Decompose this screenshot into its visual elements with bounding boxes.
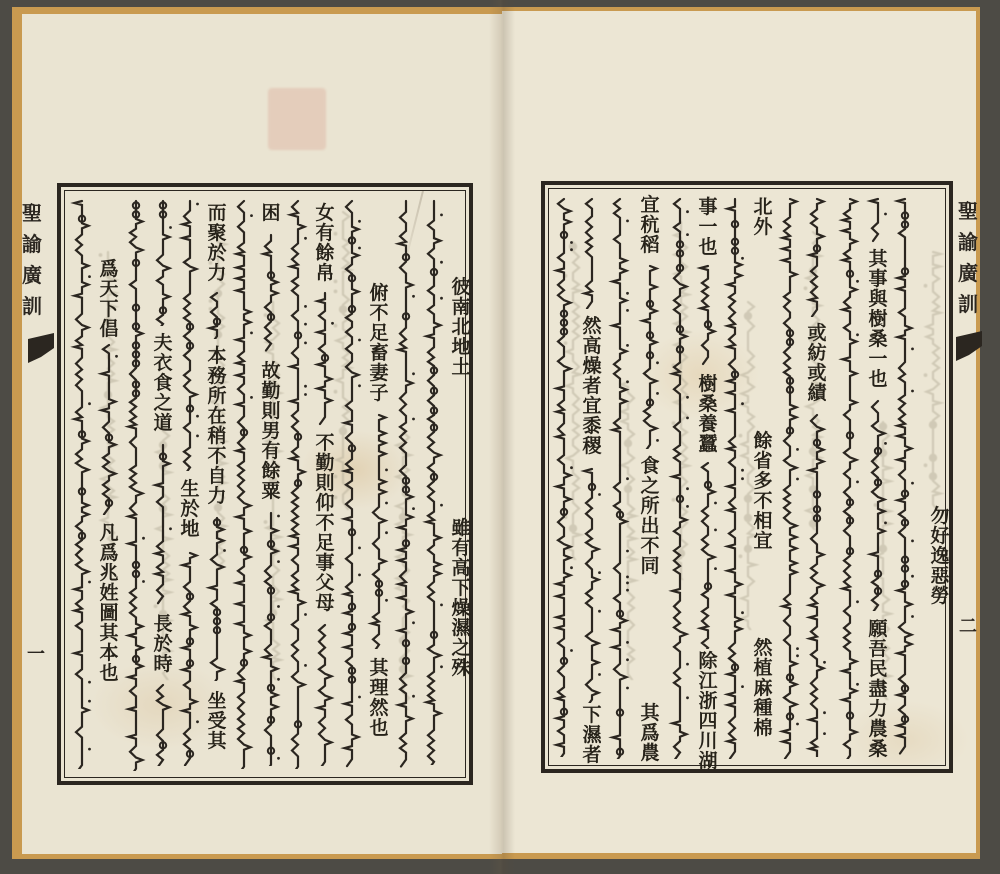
text-column bbox=[285, 191, 311, 777]
chinese-text-segment: 北外 bbox=[750, 197, 776, 237]
text-column bbox=[837, 189, 863, 765]
chinese-text-segment: 不勤則仰不足事父母 bbox=[312, 433, 338, 613]
chinese-text-segment: 其事與樹桑一也 bbox=[865, 249, 891, 389]
chinese-text-segment: 宜秔稻 bbox=[637, 195, 663, 255]
text-column bbox=[722, 189, 748, 765]
manchu-script-segment bbox=[777, 197, 803, 763]
manchu-script-segment bbox=[312, 291, 338, 430]
chinese-text-segment: 勿好逸惡勞 bbox=[927, 506, 953, 606]
chinese-text-segment: 本務所在稍不自力 bbox=[204, 346, 230, 506]
manchu-script-segment bbox=[579, 197, 605, 313]
chinese-text-segment: 夫衣食之道 bbox=[150, 333, 176, 433]
text-column: 彼南北地土雖有高下燥濕之殊 bbox=[448, 191, 474, 777]
text-column bbox=[421, 191, 447, 777]
text-column: 其事與樹桑一也願吾民盡力農桑 bbox=[865, 189, 891, 765]
chinese-text-segment: 然高燥者宜黍稷 bbox=[579, 316, 605, 456]
manchu-script-segment bbox=[637, 264, 663, 453]
book-scan: 聖諭廣訓 一 爲天下倡凡爲兆姓圖其本也夫衣食之道長於時生於地而聚於力本務所在稍不… bbox=[0, 0, 1000, 874]
volume-title: 聖諭廣訓 bbox=[956, 196, 980, 320]
manchu-script-segment bbox=[69, 199, 95, 773]
chinese-text-segment: 樹桑養蠶 bbox=[695, 374, 721, 454]
manchu-script-segment bbox=[892, 197, 918, 759]
manchu-script-segment bbox=[312, 623, 338, 770]
text-column bbox=[667, 189, 693, 765]
folio-number: 二 bbox=[956, 612, 980, 638]
chinese-text-segment: 困 bbox=[258, 203, 284, 223]
chinese-text-segment: 然植麻種棉 bbox=[750, 638, 776, 738]
chinese-text-segment: 雖有高下燥濕之殊 bbox=[448, 518, 474, 678]
chinese-text-segment: 食之所出不同 bbox=[637, 456, 663, 576]
manchu-script-segment bbox=[865, 399, 891, 615]
fishtail-marker-icon bbox=[28, 333, 54, 363]
text-column: 然高燥者宜黍稷下濕者 bbox=[579, 189, 605, 765]
manchu-script-segment bbox=[695, 264, 721, 371]
manchu-script-segment bbox=[804, 413, 830, 761]
seal-impression bbox=[268, 88, 326, 150]
manchu-script-segment bbox=[339, 199, 365, 773]
text-column bbox=[607, 189, 633, 765]
manchu-script-segment bbox=[551, 197, 577, 761]
chinese-text-segment: 或紡或績 bbox=[804, 323, 830, 403]
manchu-script-segment bbox=[865, 197, 891, 247]
manchu-script-segment bbox=[231, 199, 257, 773]
chinese-text-segment: 其爲農 bbox=[637, 703, 663, 763]
manchu-script-segment bbox=[150, 683, 176, 770]
text-column: 俯不足畜妻子其理然也 bbox=[366, 191, 392, 777]
left-text-frame: 爲天下倡凡爲兆姓圖其本也夫衣食之道長於時生於地而聚於力本務所在稍不自力坐受其困故… bbox=[64, 190, 466, 778]
text-column: 事一也樹桑養蠶除江浙四川湖 bbox=[695, 189, 721, 765]
manchu-script-segment bbox=[421, 199, 447, 769]
right-text-frame: 然高燥者宜黍稷下濕者宜秔稻食之所出不同其爲農事一也樹桑養蠶除江浙四川湖北外餘省多… bbox=[548, 188, 946, 766]
manchu-script-segment bbox=[177, 199, 203, 475]
manchu-script-segment bbox=[285, 199, 311, 773]
manchu-script-segment bbox=[695, 461, 721, 653]
chinese-text-segment: 除江浙四川湖 bbox=[695, 651, 721, 771]
book-gutter bbox=[489, 0, 515, 874]
text-column: 宜秔稻食之所出不同其爲農 bbox=[637, 189, 663, 765]
manchu-script-segment bbox=[150, 443, 176, 610]
manchu-script-segment bbox=[96, 343, 122, 519]
chinese-text-segment: 下濕者 bbox=[579, 705, 605, 765]
chinese-text-segment: 坐受其 bbox=[204, 691, 230, 751]
manchu-script-segment bbox=[722, 197, 748, 763]
text-column bbox=[777, 189, 803, 765]
fishtail-marker-icon bbox=[956, 331, 982, 361]
chinese-text-segment: 其理然也 bbox=[366, 658, 392, 738]
manchu-script-segment bbox=[177, 551, 203, 770]
text-column: 而聚於力本務所在稍不自力坐受其 bbox=[204, 191, 230, 777]
text-column: 女有餘帛不勤則仰不足事父母 bbox=[312, 191, 338, 777]
manchu-script-segment bbox=[579, 467, 605, 707]
chinese-text-segment: 女有餘帛 bbox=[312, 203, 338, 283]
text-column: 北外餘省多不相宜然植麻種棉 bbox=[750, 189, 776, 765]
right-folio-margin: 聖諭廣訓 二 bbox=[952, 188, 982, 764]
manchu-script-segment bbox=[393, 199, 419, 773]
manchu-script-segment bbox=[804, 197, 830, 321]
manchu-script-segment bbox=[667, 197, 693, 763]
chinese-text-segment: 凡爲兆姓圖其本也 bbox=[96, 523, 122, 683]
text-column bbox=[69, 191, 95, 777]
manchu-script-segment bbox=[258, 511, 284, 770]
text-column: 勿好逸惡勞 bbox=[927, 189, 953, 765]
manchu-script-segment bbox=[150, 199, 176, 330]
chinese-text-segment: 彼南北地土 bbox=[448, 277, 474, 377]
manchu-script-segment bbox=[123, 199, 149, 775]
chinese-text-segment: 俯不足畜妻子 bbox=[366, 283, 392, 403]
text-column bbox=[551, 189, 577, 765]
manchu-script-segment bbox=[258, 233, 284, 357]
text-column: 或紡或績 bbox=[804, 189, 830, 765]
volume-title: 聖諭廣訓 bbox=[22, 198, 44, 322]
chinese-text-segment: 願吾民盡力農桑 bbox=[865, 619, 891, 759]
left-folio-margin: 聖諭廣訓 一 bbox=[22, 190, 58, 776]
text-column: 爲天下倡凡爲兆姓圖其本也 bbox=[96, 191, 122, 777]
text-column bbox=[393, 191, 419, 777]
manchu-script-segment bbox=[204, 516, 230, 685]
text-column bbox=[231, 191, 257, 777]
manchu-script-segment bbox=[607, 197, 633, 763]
chinese-text-segment: 餘省多不相宜 bbox=[750, 431, 776, 551]
text-column bbox=[892, 189, 918, 765]
text-column bbox=[123, 191, 149, 777]
chinese-text-segment: 生於地 bbox=[177, 479, 203, 539]
text-column: 夫衣食之道長於時 bbox=[150, 191, 176, 777]
text-column: 生於地 bbox=[177, 191, 203, 777]
manchu-script-segment bbox=[366, 413, 392, 653]
chinese-text-segment: 爲天下倡 bbox=[96, 259, 122, 339]
chinese-text-segment: 而聚於力 bbox=[204, 203, 230, 283]
text-column bbox=[339, 191, 365, 777]
chinese-text-segment: 長於時 bbox=[150, 614, 176, 674]
manchu-script-segment bbox=[204, 291, 230, 343]
chinese-text-segment: 故勤則男有餘粟 bbox=[258, 361, 284, 501]
folio-number: 一 bbox=[24, 640, 48, 666]
chinese-text-segment: 事一也 bbox=[695, 197, 721, 257]
manchu-script-segment bbox=[837, 197, 863, 763]
text-column: 困故勤則男有餘粟 bbox=[258, 191, 284, 777]
